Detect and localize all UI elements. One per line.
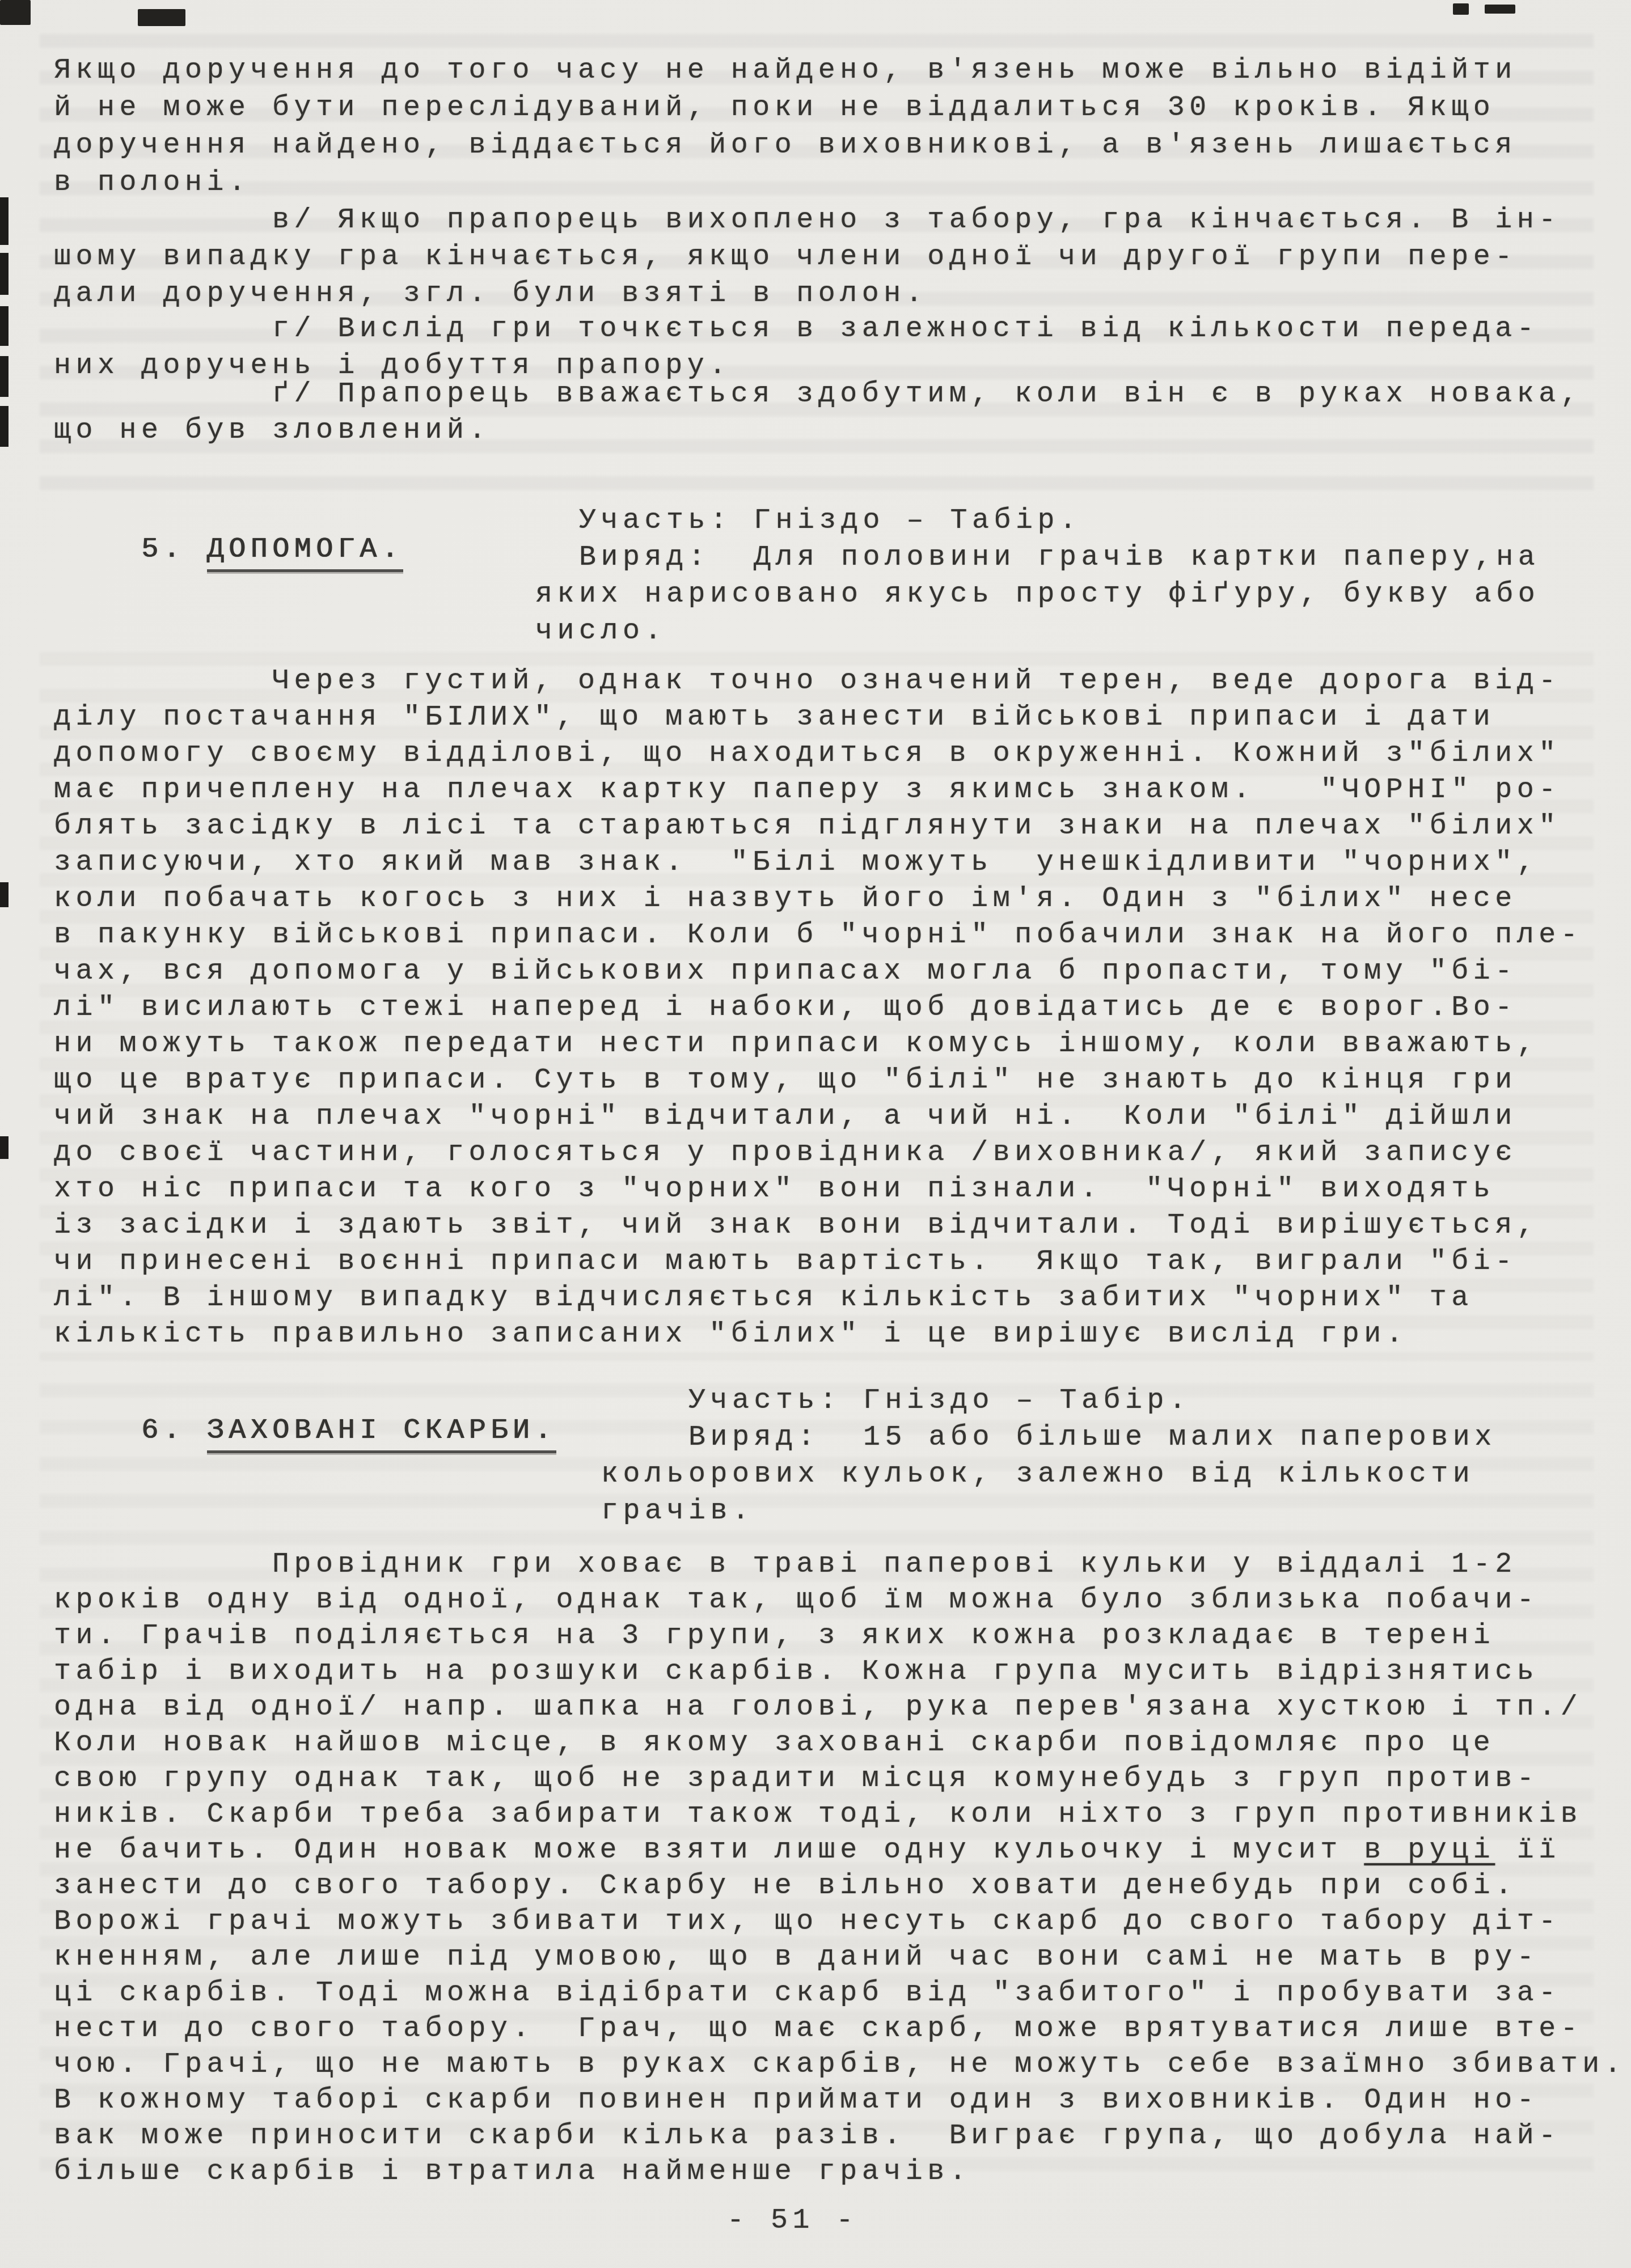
text-line: записуючи, хто який мав знак. "Білі можу… [54, 845, 1582, 881]
text-line: ників. Скарби треба забирати також тоді,… [54, 1797, 1626, 1833]
text-line: ти. Грачів поділяється на 3 групи, з яки… [54, 1618, 1626, 1654]
rule-item-h: г/ Вислід гри точкється в залежності від… [54, 311, 1539, 384]
game-5-info: Участь: Гніздо – Табір. Виряд: Для полов… [535, 502, 1540, 650]
text-line: в полоні. [54, 164, 1517, 202]
text-line: Участь: Гніздо – Табір. [601, 1382, 1497, 1419]
text-line: занести до свого табору. Скарбу не вільн… [54, 1868, 1626, 1904]
heading-spacer [185, 1415, 207, 1447]
text-line: Коли новак найшов місце, в якому захован… [54, 1725, 1626, 1761]
text-line: ці скарбів. Тоді можна відібрати скарб в… [54, 1975, 1626, 2011]
text-line: чах, вся допомога у військових припасах … [54, 954, 1582, 990]
text-line: ґ/ Прапорець вважається здобутим, коли в… [54, 376, 1582, 413]
text-line: кроків одну від одної, однак так, щоб їм… [54, 1582, 1626, 1618]
rule-item-v: в/ Якщо прапорець вихоплено з табору, гр… [54, 202, 1561, 312]
text-line: шому випадку гра кінчається, якщо члени … [54, 239, 1561, 276]
text-line: Виряд: Для половини грачів картки паперу… [535, 539, 1540, 576]
text-line: із засідки і здають звіт, чий знак вони … [54, 1208, 1582, 1244]
text-line: хто ніс припаси та кого з "чорних" вони … [54, 1171, 1582, 1208]
scan-artifact [0, 197, 9, 245]
scan-artifact [1485, 5, 1515, 14]
text-line: має причеплену на плечах картку паперу з… [54, 772, 1582, 809]
text-line: чи принесені воєнні припаси мають вартіс… [54, 1244, 1582, 1280]
scanned-page: Якщо доручення до того часу не найдено, … [0, 0, 1631, 2268]
text-line: ділу постачання "БІЛИХ", що мають занест… [54, 700, 1582, 736]
text-line: одна від одної/ напр. шапка на голові, р… [54, 1690, 1626, 1725]
scan-artifact [0, 356, 9, 397]
text-line: допомогу своєму відділові, що находиться… [54, 736, 1582, 772]
page-number: - 51 - [727, 2204, 858, 2237]
scan-artifact [0, 1136, 9, 1159]
game-5-number: 5. [141, 534, 185, 566]
text-line: грачів. [601, 1493, 1497, 1530]
text-line: до своєї частини, голосяться у провідник… [54, 1135, 1582, 1171]
game-6-heading: 6. ЗАХОВАНІ СКАРБИ. [54, 1382, 556, 1479]
text-line: й не може бути переслідуваний, поки не в… [54, 90, 1517, 127]
game-5-title: ДОПОМОГА. [207, 534, 404, 572]
text-line: не бачить. Один новак може взяти лише од… [54, 1833, 1626, 1868]
text-line: Через густий, однак точно означений тере… [54, 663, 1582, 700]
text-line: що це вратує припаси. Суть в тому, що "б… [54, 1063, 1582, 1099]
text-line: свою групу однак так, щоб не зрадити міс… [54, 1761, 1626, 1797]
game-6-number: 6. [141, 1415, 185, 1447]
scan-artifact [0, 406, 9, 447]
text-line: число. [535, 613, 1540, 650]
text-line: в пакунку військові припаси. Коли б "чор… [54, 917, 1582, 954]
text-segment: в руці [1364, 1834, 1495, 1867]
text-line: Якщо доручення до того часу не найдено, … [54, 52, 1517, 90]
text-line: кольорових кульок, залежно від кількости [601, 1456, 1497, 1493]
text-segment: її [1495, 1834, 1561, 1867]
text-line: що не був зловлений. [54, 413, 1582, 449]
intro-paragraph: Якщо доручення до того часу не найдено, … [54, 52, 1517, 202]
text-line: яких нарисовано якусь просту фіґуру, бук… [535, 576, 1540, 613]
text-line: лі". В іншому випадку відчисляється кіль… [54, 1280, 1582, 1317]
scan-artifact [0, 882, 9, 907]
text-line: г/ Вислід гри точкється в залежності від… [54, 311, 1539, 348]
text-line: Ворожі грачі можуть збивати тих, що несу… [54, 1904, 1626, 1940]
text-line: кількість правильно записаних "білих" і … [54, 1317, 1582, 1353]
text-line: В кожному таборі скарби повинен приймати… [54, 2083, 1626, 2118]
game-6-body: Провідник гри ховає в траві паперові кул… [54, 1547, 1626, 2190]
text-line: кненням, але лише під умовою, що в даний… [54, 1940, 1626, 1975]
game-6-title: ЗАХОВАНІ СКАРБИ. [207, 1415, 556, 1453]
text-line: в/ Якщо прапорець вихоплено з табору, гр… [54, 202, 1561, 239]
text-line: доручення найдено, віддається його вихов… [54, 127, 1517, 164]
game-6-info: Участь: Гніздо – Табір. Виряд: 15 або бі… [601, 1382, 1497, 1530]
scan-artifact [0, 306, 9, 346]
scan-artifact [0, 253, 9, 295]
text-line: нести до свого табору. Грач, що має скар… [54, 2011, 1626, 2047]
text-line: ни можуть також передати нести припаси к… [54, 1026, 1582, 1063]
text-line: блять засідку в лісі та стараються підгл… [54, 809, 1582, 845]
text-line: Провідник гри ховає в траві паперові кул… [54, 1547, 1626, 1582]
game-5-heading: 5. ДОПОМОГА. [54, 501, 403, 598]
text-line: вак може приносити скарби кілька разів. … [54, 2118, 1626, 2154]
text-line: лі" висилають стежі наперед і набоки, що… [54, 990, 1582, 1026]
text-line: чою. Грачі, що не мають в руках скарбів,… [54, 2047, 1626, 2083]
scan-artifact [1453, 3, 1469, 15]
text-line: табір і виходить на розшуки скарбів. Кож… [54, 1654, 1626, 1690]
rule-item-g: ґ/ Прапорець вважається здобутим, коли в… [54, 376, 1582, 449]
text-line: коли побачать когось з них і назвуть йог… [54, 881, 1582, 917]
game-5-body: Через густий, однак точно означений тере… [54, 663, 1582, 1353]
text-line: більше скарбів і втратила найменше грачі… [54, 2154, 1626, 2190]
text-line: Участь: Гніздо – Табір. [535, 502, 1540, 539]
text-line: дали доручення, згл. були взяті в полон. [54, 276, 1561, 312]
text-line: чий знак на плечах "чорні" відчитали, а … [54, 1099, 1582, 1135]
heading-spacer [185, 534, 207, 566]
scan-artifact [138, 9, 185, 26]
text-line: Виряд: 15 або більше малих паперових [601, 1419, 1497, 1456]
scan-artifact [0, 0, 31, 25]
text-segment: не бачить. Один новак може взяти лише од… [54, 1834, 1364, 1867]
